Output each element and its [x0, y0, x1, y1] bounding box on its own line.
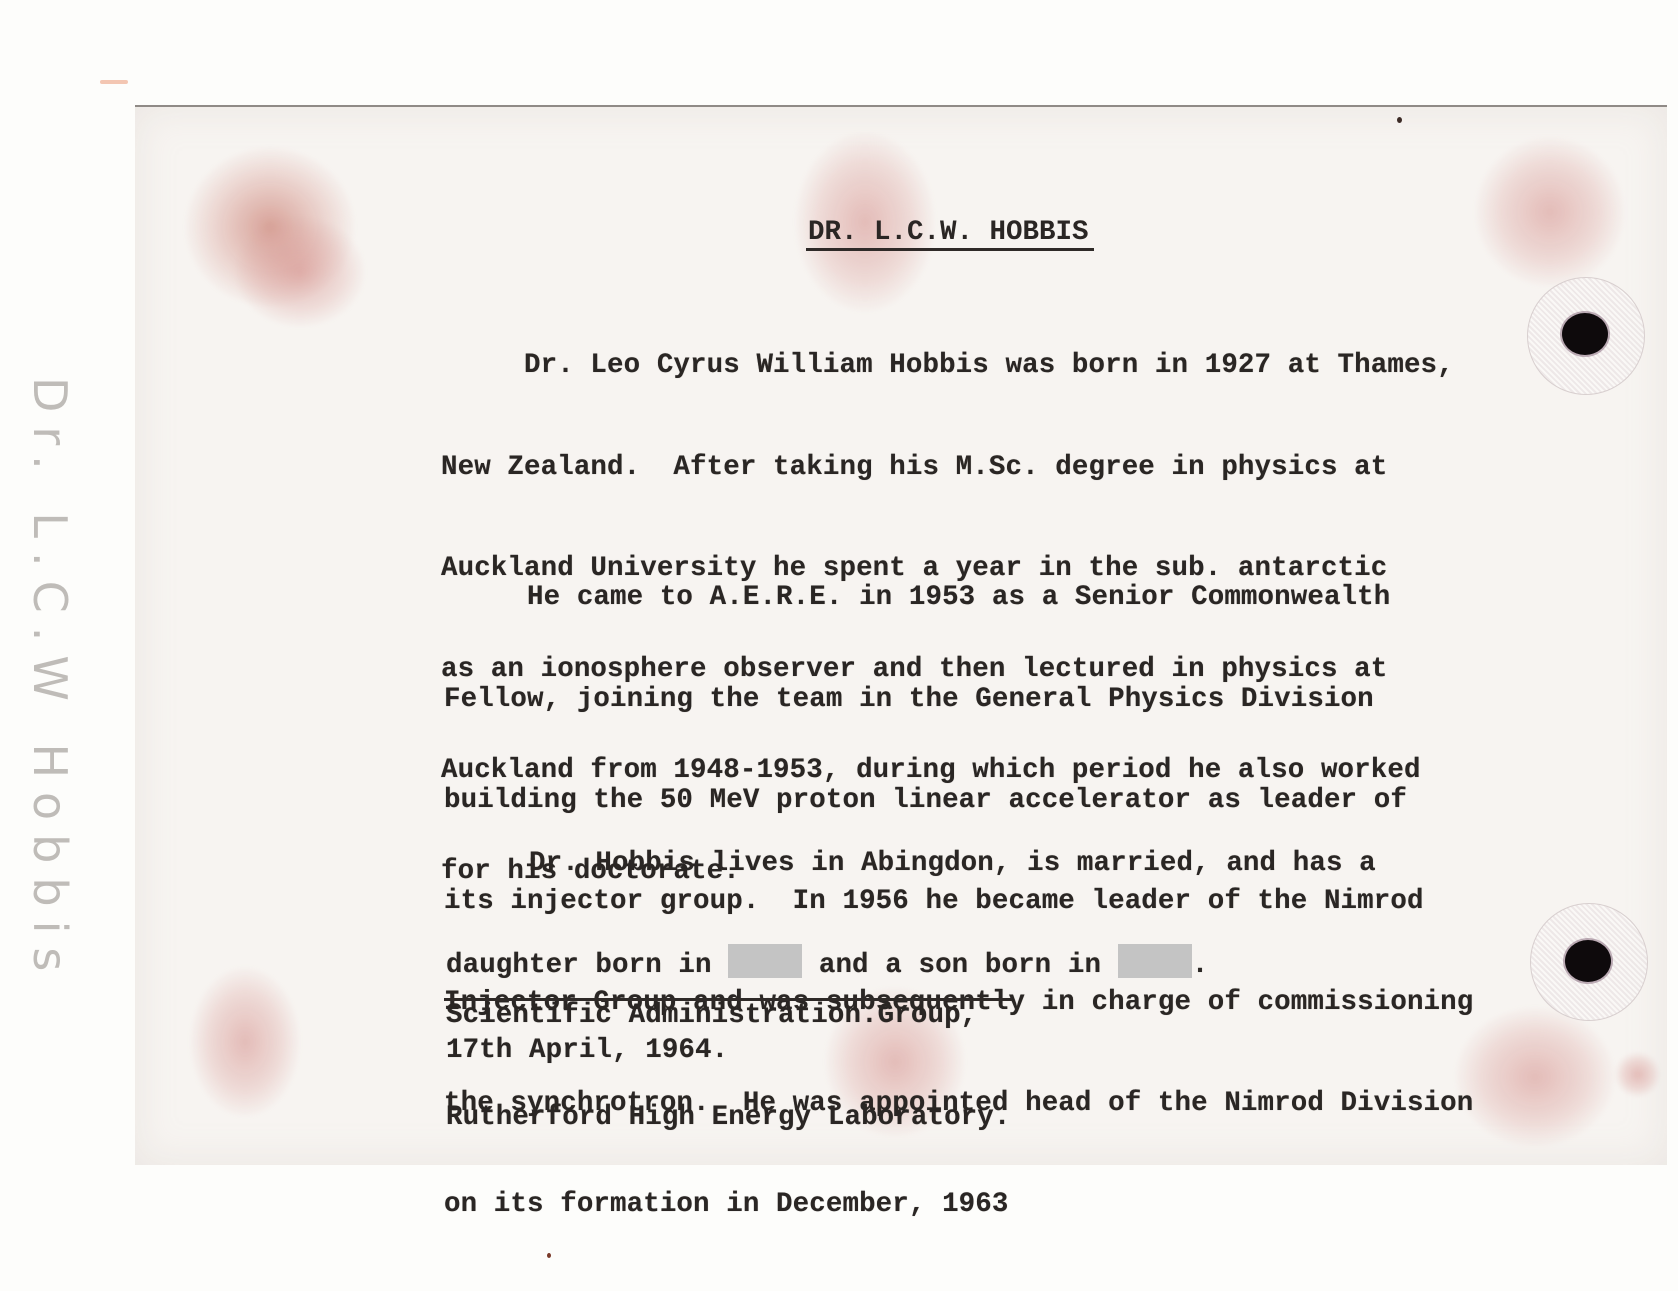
paragraph-line: New Zealand. After taking his M.Sc. degr…: [441, 451, 1454, 485]
stain-bottom-right-small: [1615, 1052, 1660, 1097]
stain-bottom-left: [190, 967, 300, 1117]
paragraph-line: He came to A.E.R.E. in 1953 as a Senior …: [444, 581, 1473, 615]
stain-top-left-2: [235, 217, 365, 327]
handwritten-margin-note: Dr. L.C.W Hobbis: [23, 377, 77, 837]
document-date: 17th April, 1964.: [446, 1034, 728, 1068]
paragraph-line: Dr. Leo Cyrus William Hobbis was born in…: [441, 349, 1454, 383]
document-title: DR. L.C.W. HOBBIS: [808, 216, 1089, 249]
paragraph-line: Dr. Hobbis lives in Abingdon, is married…: [446, 847, 1376, 881]
stain-top-right: [1475, 137, 1625, 287]
title-underline: [806, 248, 1094, 251]
punch-hole-top: [1562, 313, 1608, 355]
line-text: .: [1192, 950, 1209, 981]
redacted-year-son: [1118, 944, 1192, 978]
signature-lab: Rutherford High Energy Laboratory.: [446, 1101, 1011, 1135]
signature-group: Scientific Administration.Group,: [446, 999, 1011, 1033]
punch-hole-bottom: [1565, 940, 1611, 982]
ink-speck: [1397, 117, 1402, 123]
stain-bottom-right: [1455, 1007, 1615, 1147]
paragraph-line: Fellow, joining the team in the General …: [444, 683, 1473, 717]
pen-mark: [100, 80, 128, 84]
signature-underline: [444, 998, 1012, 1001]
